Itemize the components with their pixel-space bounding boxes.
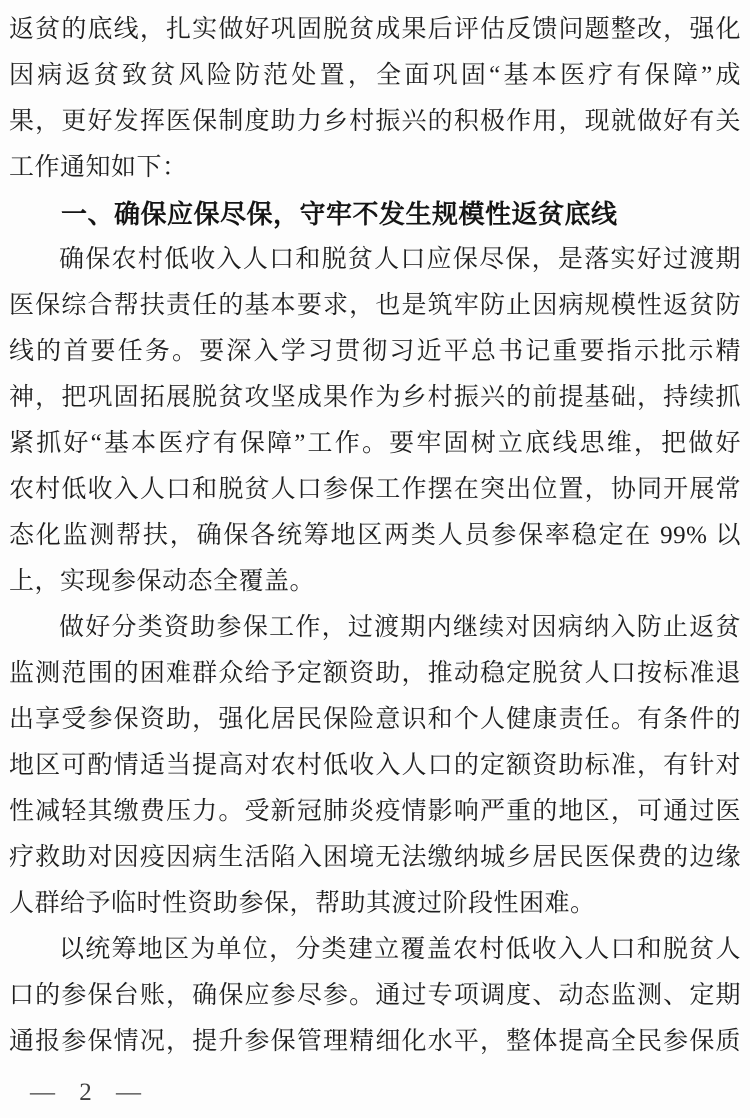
page-number: — 2 —: [30, 1076, 142, 1110]
document-line: 神，把巩固拓展脱贫攻坚成果作为乡村振兴的前提基础，持续抓: [9, 375, 741, 421]
document-line: 做好分类资助参保工作，过渡期内继续对因病纳入防止返贫: [9, 605, 741, 651]
document-line: 医保综合帮扶责任的基本要求，也是筑牢防止因病规模性返贫防: [9, 283, 741, 329]
document-body: 返贫的底线，扎实做好巩固脱贫成果后评估反馈问题整改，强化 因病返贫致贫风险防范处…: [9, 7, 741, 1065]
document-line: 工作通知如下：: [9, 145, 741, 191]
document-line: 性减轻其缴费压力。受新冠肺炎疫情影响严重的地区，可通过医: [9, 789, 741, 835]
document-line: 农村低收入人口和脱贫人口参保工作摆在突出位置，协同开展常: [9, 467, 741, 513]
document-line: 上，实现参保动态全覆盖。: [9, 559, 741, 605]
document-line: 返贫的底线，扎实做好巩固脱贫成果后评估反馈问题整改，强化: [9, 7, 741, 53]
document-line: 确保农村低收入人口和脱贫人口应保尽保，是落实好过渡期: [9, 237, 741, 283]
document-line: 以统筹地区为单位，分类建立覆盖农村低收入人口和脱贫人: [9, 927, 741, 973]
document-page: 返贫的底线，扎实做好巩固脱贫成果后评估反馈问题整改，强化 因病返贫致贫风险防范处…: [0, 0, 750, 1118]
document-line: 态化监测帮扶，确保各统筹地区两类人员参保率稳定在 99% 以: [9, 513, 741, 559]
document-line: 地区可酌情适当提高对农村低收入人口的定额资助标准，有针对: [9, 743, 741, 789]
document-line: 果，更好发挥医保制度助力乡村振兴的积极作用，现就做好有关: [9, 99, 741, 145]
document-line: 监测范围的困难群众给予定额资助，推动稳定脱贫人口按标准退: [9, 651, 741, 697]
document-line: 紧抓好“基本医疗有保障”工作。要牢固树立底线思维，把做好: [9, 421, 741, 467]
document-line: 线的首要任务。要深入学习贯彻习近平总书记重要指示批示精: [9, 329, 741, 375]
document-line: 疗救助对因疫因病生活陷入困境无法缴纳城乡居民医保费的边缘: [9, 835, 741, 881]
section-heading: 一、确保应保尽保，守牢不发生规模性返贫底线: [9, 191, 741, 237]
document-line: 口的参保台账，确保应参尽参。通过专项调度、动态监测、定期: [9, 973, 741, 1019]
document-line: 通报参保情况，提升参保管理精细化水平，整体提高全民参保质: [9, 1019, 741, 1065]
document-line: 出享受参保资助，强化居民保险意识和个人健康责任。有条件的: [9, 697, 741, 743]
document-line: 因病返贫致贫风险防范处置，全面巩固“基本医疗有保障”成: [9, 53, 741, 99]
document-line: 人群给予临时性资助参保，帮助其渡过阶段性困难。: [9, 881, 741, 927]
